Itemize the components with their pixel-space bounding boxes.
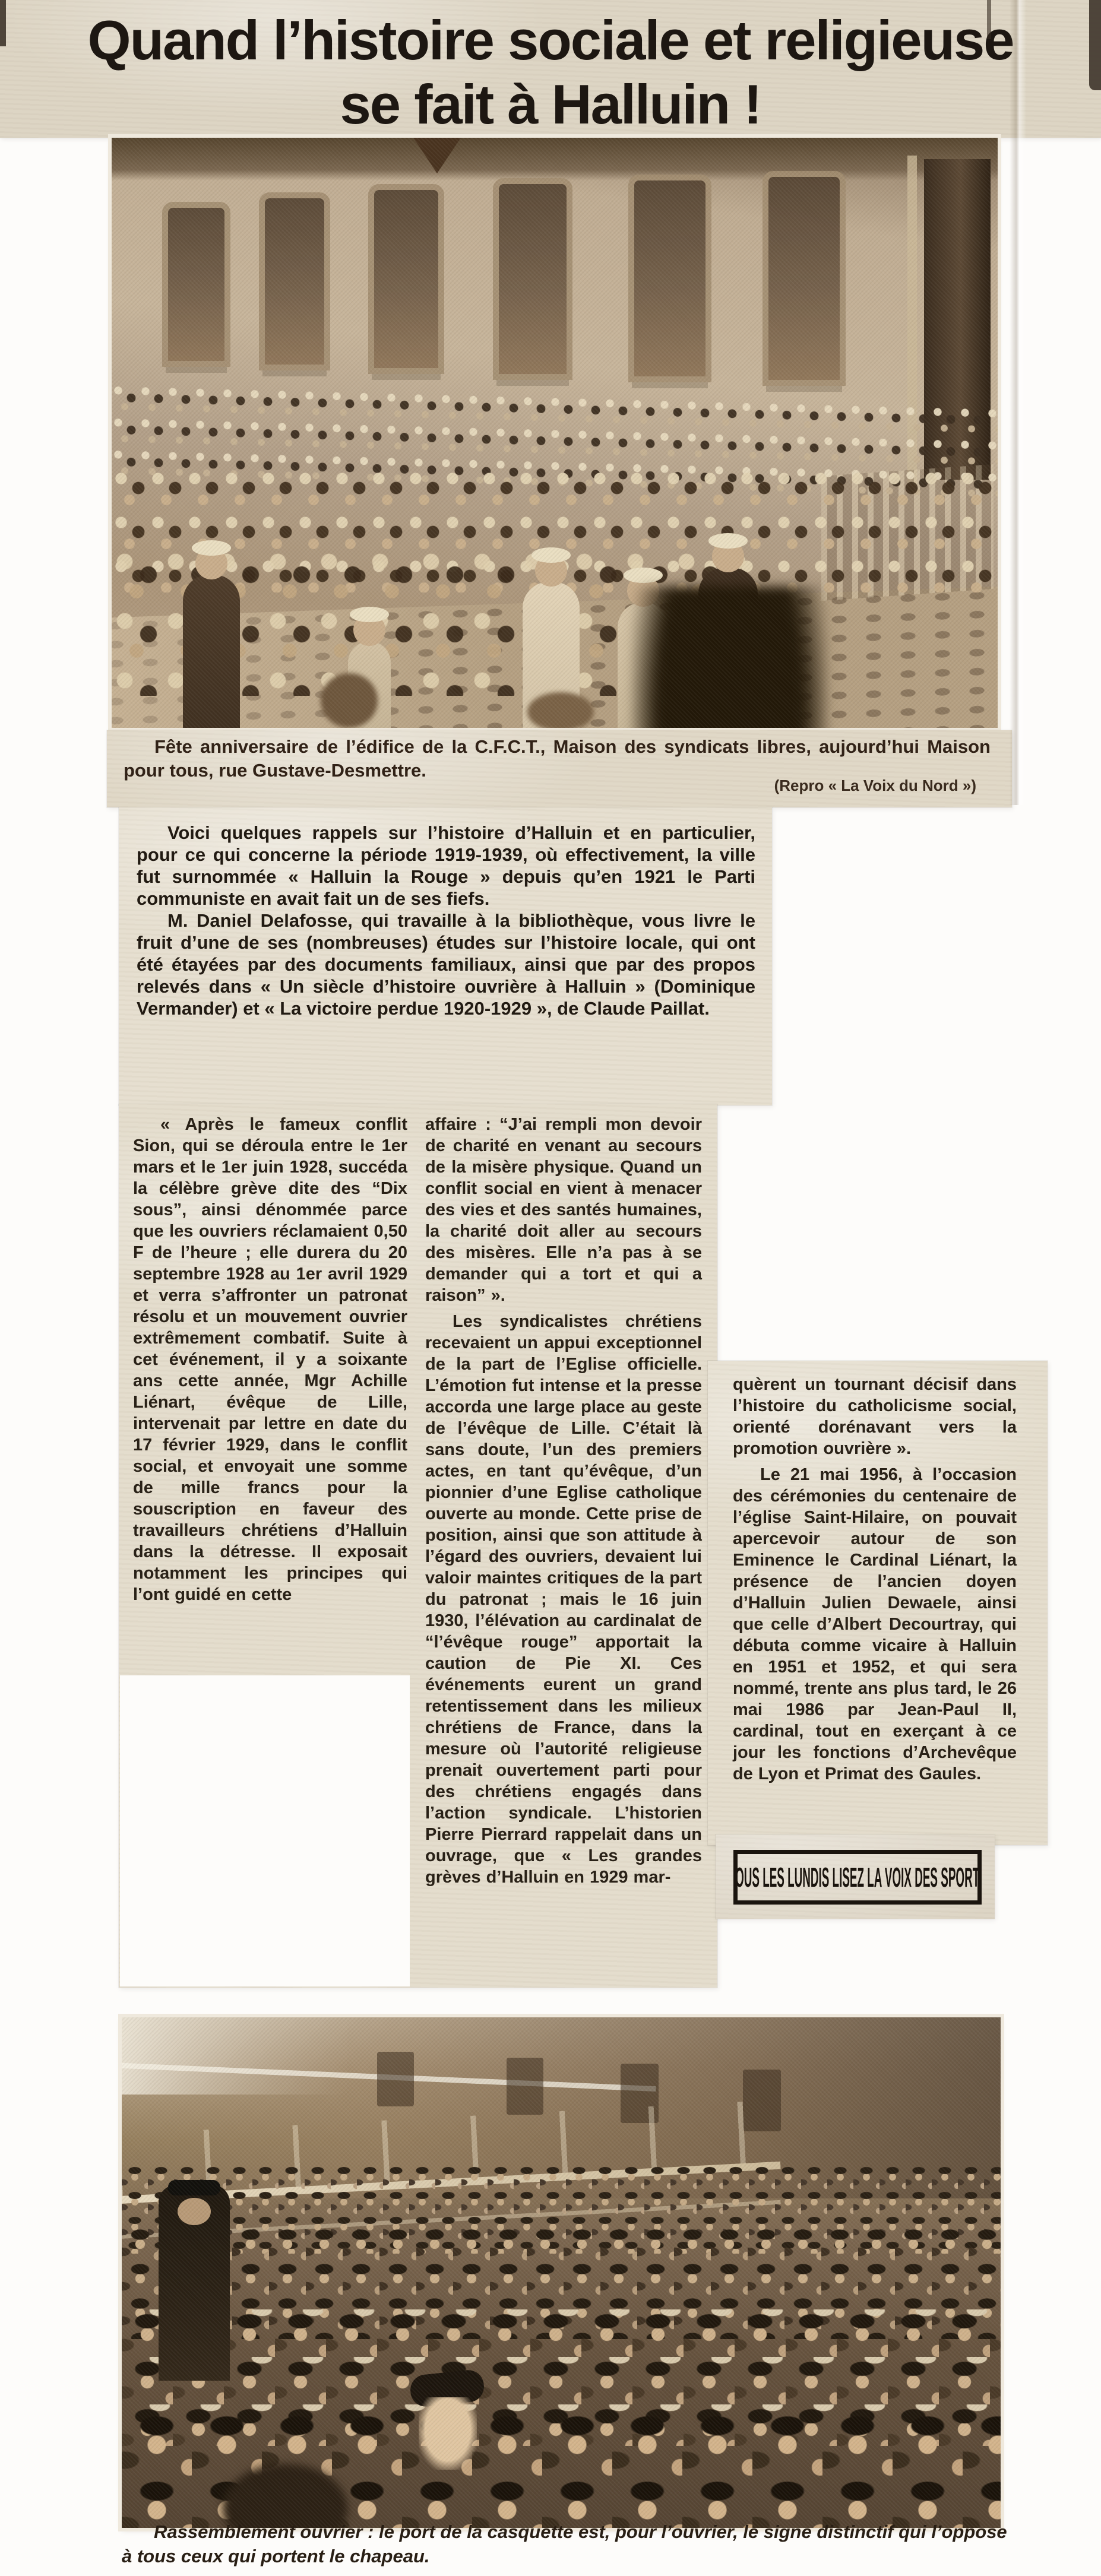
scan-edge-mark xyxy=(987,0,991,39)
intro-paragraph-1: Voici quelques rappels sur l’histoire d’… xyxy=(137,822,755,910)
article-column-right-clipping: quèrent un tournant décisif dans l’histo… xyxy=(708,1361,1048,1845)
headline-line-2: se fait à Halluin ! xyxy=(0,72,1101,137)
paper-fold-crease xyxy=(1010,0,1026,805)
backing-page-gap xyxy=(120,1675,410,1986)
column-middle-paragraph-2: Les syndicalistes chrétiens recevaient u… xyxy=(425,1311,702,1888)
headline-strip: Quand l’histoire sociale et religieuse s… xyxy=(0,0,1101,138)
scan-edge-mark xyxy=(1089,0,1101,90)
photo-grain-overlay xyxy=(122,2017,1001,2528)
headline-line-1: Quand l’histoire sociale et religieuse xyxy=(0,8,1101,72)
column-middle-paragraph-1: affaire : “J’ai rempli mon devoir de cha… xyxy=(425,1114,702,1306)
photo2-caption: Rassemblement ouvrier : le port de la ca… xyxy=(122,2520,1010,2568)
photo-workers-crowd xyxy=(122,2017,1001,2528)
promo-banner-box: TOUS LES LUNDIS LISEZ LA VOIX DES SPORTS xyxy=(733,1850,982,1905)
article-column-middle: affaire : “J’ai rempli mon devoir de cha… xyxy=(425,1114,702,1888)
column-left-text: « Après le fameux conflit Sion, qui se d… xyxy=(133,1114,407,1605)
column-right-paragraph-2: Le 21 mai 1956, à l’occasion des cérémon… xyxy=(733,1464,1017,1785)
photo-grain-overlay xyxy=(112,138,998,728)
article-column-left: « Après le fameux conflit Sion, qui se d… xyxy=(133,1114,407,1605)
photo1-credit: (Repro « La Voix du Nord ») xyxy=(774,777,976,795)
promo-banner-text: TOUS LES LUNDIS LISEZ LA VOIX DES SPORTS xyxy=(733,1861,982,1893)
intro-paragraph-2: M. Daniel Delafosse, qui travaille à la … xyxy=(137,910,755,1019)
photo-crowd-street xyxy=(112,138,998,728)
newspaper-scan-page: Quand l’histoire sociale et religieuse s… xyxy=(0,0,1101,2576)
column-right-paragraph-1: quèrent un tournant décisif dans l’histo… xyxy=(733,1374,1017,1459)
promo-banner-clipping: TOUS LES LUNDIS LISEZ LA VOIX DES SPORTS xyxy=(716,1834,995,1919)
scan-edge-mark xyxy=(0,0,6,46)
article-column-right: quèrent un tournant décisif dans l’histo… xyxy=(733,1374,1017,1785)
photo1-caption-strip: Fête anniversaire de l’édifice de la C.F… xyxy=(107,730,1012,807)
intro-clipping: Voici quelques rappels sur l’histoire d’… xyxy=(119,807,772,1105)
photo1-caption: Fête anniversaire de l’édifice de la C.F… xyxy=(124,735,991,782)
